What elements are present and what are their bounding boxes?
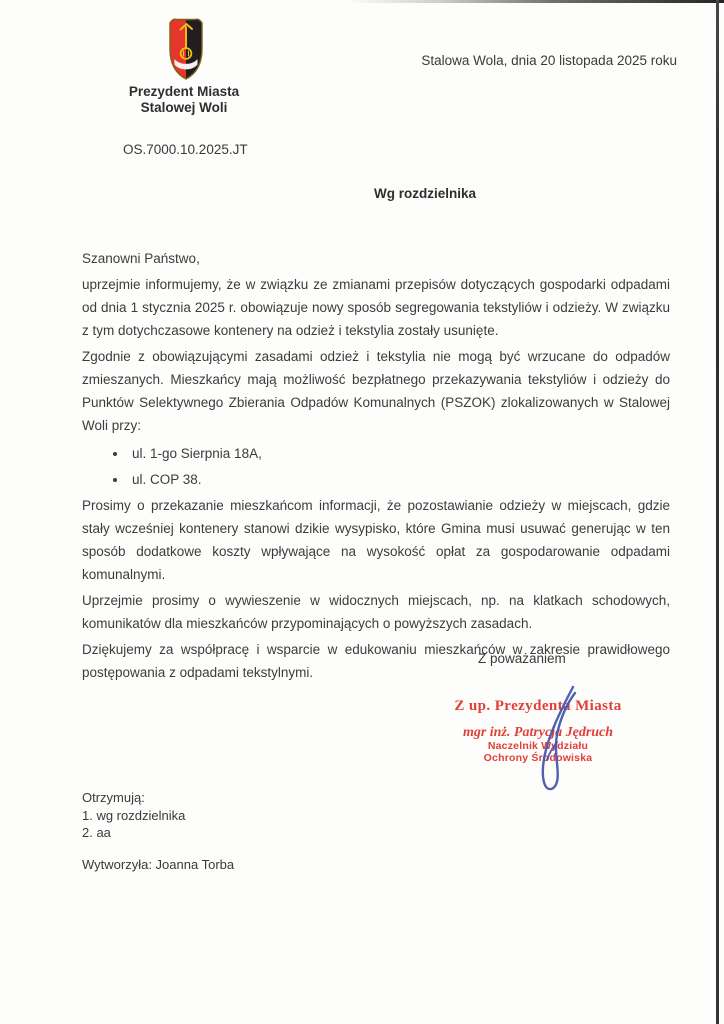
recipients-label: Otrzymują: xyxy=(82,789,234,807)
recipient-item: 2. aa xyxy=(82,824,234,842)
scanned-letter-page: Prezydent Miasta Stalowej Woli Stalowa W… xyxy=(0,0,724,1024)
pszok-location-item: ul. COP 38. xyxy=(128,468,670,491)
stalowa-wola-crest-icon xyxy=(167,16,205,81)
signature-scribble xyxy=(530,684,588,804)
reference-number: OS.7000.10.2025.JT xyxy=(123,142,248,157)
city-and-date: Stalowa Wola, dnia 20 listopada 2025 rok… xyxy=(421,53,677,68)
paragraph-4: Uprzejmie prosimy o wywieszenie w widocz… xyxy=(82,589,670,635)
paragraph-3: Prosimy o przekazanie mieszkańcom inform… xyxy=(82,494,670,586)
pszok-location-list: ul. 1-go Sierpnia 18A, ul. COP 38. xyxy=(82,442,670,491)
sender-title-line2: Stalowej Woli xyxy=(116,100,252,116)
paragraph-1: uprzejmie informujemy, że w związku ze z… xyxy=(82,273,670,342)
salutation: Szanowni Państwo, xyxy=(82,247,670,270)
sender-title: Prezydent Miasta Stalowej Woli xyxy=(116,84,252,115)
recipient-item: 1. wg rozdzielnika xyxy=(82,807,234,825)
scan-artifact-right-edge xyxy=(716,0,719,1024)
prepared-by: Wytworzyła: Joanna Torba xyxy=(82,856,234,874)
paragraph-2: Zgodnie z obowiązującymi zasadami odzież… xyxy=(82,345,670,437)
letter-footer: Otrzymują: 1. wg rozdzielnika 2. aa Wytw… xyxy=(82,789,234,873)
pszok-location-item: ul. 1-go Sierpnia 18A, xyxy=(128,442,670,465)
paragraph-5: Dziękujemy za współpracę i wsparcie w ed… xyxy=(82,638,670,684)
distribution-heading: Wg rozdzielnika xyxy=(374,186,476,201)
scan-artifact-top-edge xyxy=(348,0,724,3)
closing-phrase: Z poważaniem xyxy=(478,651,566,666)
sender-title-line1: Prezydent Miasta xyxy=(116,84,252,100)
letter-body: Szanowni Państwo, uprzejmie informujemy,… xyxy=(82,247,670,684)
